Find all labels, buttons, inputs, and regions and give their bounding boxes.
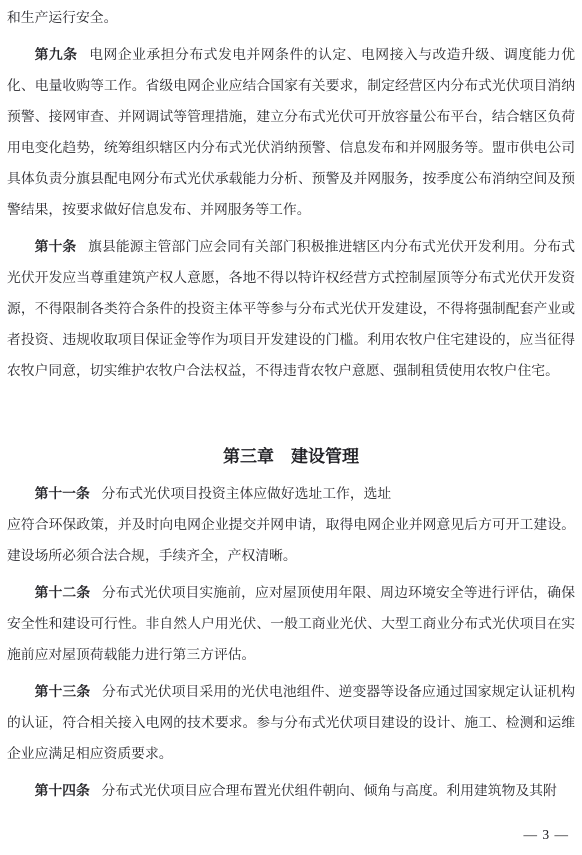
paragraph-continuation: 和生产运行安全。 [7,2,575,33]
article-13: 第十三条分布式光伏项目采用的光伏电池组件、逆变器等设备应通过国家规定认证机构的认… [7,676,575,769]
article-11-text-rest: 应符合环保政策，并及时向电网企业提交并网申请，取得电网企业并网意见后方可开工建设… [7,509,575,571]
article-10-label: 第十条 [35,239,77,254]
article-9: 第九条电网企业承担分布式发电并网条件的认定、电网接入与改造升级、调度能力优化、电… [7,39,575,225]
article-10: 第十条旗县能源主管部门应会同有关部门积极推进辖区内分布式光伏开发利用。分布式光伏… [7,231,575,386]
article-12: 第十二条分布式光伏项目实施前，应对屋顶使用年限、周边环境安全等进行评估，确保安全… [7,577,575,670]
article-13-label: 第十三条 [35,684,91,699]
article-9-label: 第九条 [35,47,78,62]
article-9-text: 电网企业承担分布式发电并网条件的认定、电网接入与改造升级、调度能力优化、电量收购… [7,47,575,217]
document-page: 和生产运行安全。 第九条电网企业承担分布式发电并网条件的认定、电网接入与改造升级… [0,0,582,855]
page-number: — 3 — [524,826,570,844]
article-14-label: 第十四条 [35,783,90,798]
article-10-text: 旗县能源主管部门应会同有关部门积极推进辖区内分布式光伏开发利用。分布式光伏开发应… [7,239,575,378]
article-12-text: 分布式光伏项目实施前，应对屋顶使用年限、周边环境安全等进行评估，确保安全性和建设… [7,585,575,662]
article-12-label: 第十二条 [35,585,91,600]
article-11-label: 第十一条 [35,486,90,501]
article-13-text: 分布式光伏项目采用的光伏电池组件、逆变器等设备应通过国家规定认证机构的认证，符合… [7,684,575,761]
article-11: 第十一条分布式光伏项目投资主体应做好选址工作，选址 [7,478,575,509]
article-14: 第十四条分布式光伏项目应合理布置光伏组件朝向、倾角与高度。利用建筑物及其附 [7,775,575,806]
article-11-text-line1: 分布式光伏项目投资主体应做好选址工作，选址 [102,486,392,501]
chapter-heading: 第三章 建设管理 [7,442,575,472]
article-14-text: 分布式光伏项目应合理布置光伏组件朝向、倾角与高度。利用建筑物及其附 [102,783,557,798]
